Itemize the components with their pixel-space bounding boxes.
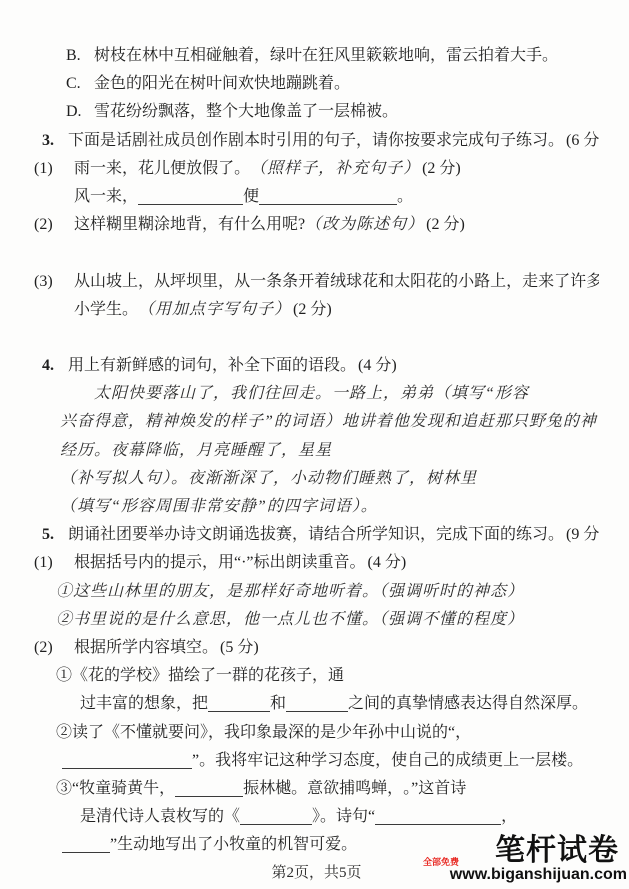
question-5-number: 5.	[42, 521, 68, 549]
q3-sub1-line2-mid: 便	[243, 183, 259, 211]
q3-sub3-emphasized-char: 从	[234, 268, 250, 296]
question-4-number: 4.	[42, 352, 68, 380]
q5-sub1-stem: (1) 根据括号内的提示，用“·”标出朗读重音。 (4 分)	[34, 549, 599, 577]
q5-item3-text: 。”这首诗	[403, 775, 466, 803]
q3-sub3-hint: （用加点字写句子）	[138, 296, 291, 324]
question-5-stem: 5. 朗诵社团要举办诗文朗诵选拔赛，请结合所学知识，完成下面的练习。 (9 分)	[34, 521, 599, 549]
q3-sub3-score: (2 分)	[293, 296, 332, 324]
q3-sub2-sentence: (2) 这样糊里糊涂地背，有什么用呢? （改为陈述句） (2 分)	[34, 211, 599, 239]
option-row-b: B. 树枝在林中互相碰触着，绿叶在狂风里簌簌地响，雷云拍着大手。	[34, 42, 599, 70]
q3-sub2-score: (2 分)	[426, 211, 465, 239]
q4-passage-line1: 太阳快要落山了，我们往回走。一路上，弟弟 （填写“形容	[34, 380, 599, 408]
q4-passage-line4: （补写拟人句）。夜渐渐深了，小动物们睡熟了，树林里	[34, 465, 599, 493]
q4-passage-line5: （填写“形容周围非常安静”的四字词语）。	[34, 493, 599, 521]
q3-sub1-seg2: 来，花儿	[106, 155, 170, 183]
q5-sub1-item1-text: ①这些山林里的朋友，是那样好奇地听着。（强调听时的神态）	[56, 578, 524, 606]
q3-sub1-score: (2 分)	[422, 155, 461, 183]
q5-item1-text: 和	[270, 690, 286, 718]
q3-sub1-seg1: 雨	[74, 155, 90, 183]
watermark-url: www.biganshijuan.com	[417, 866, 627, 884]
q3-sub2-label: (2)	[34, 211, 74, 239]
q3-sub3-emphasized-char: 从	[74, 268, 90, 296]
option-b-label: B.	[66, 42, 94, 70]
q5-sub1-item1: ①这些山林里的朋友，是那样好奇地听着。（强调听时的神态）	[34, 578, 599, 606]
q5-item3-text: 是清代诗人袁枚写的《	[80, 803, 240, 831]
q3-sub3-sentence: (3) 从 山坡上， 从 坪坝里， 从 一条条开着绒球花和太阳花的小路上，走来了…	[34, 268, 599, 296]
question-4-stem: 4. 用上有新鲜感的词句，补全下面的语段。 (4 分)	[34, 352, 599, 380]
q3-sub3-answer-line	[34, 324, 599, 352]
q5-item1-text: 之间的真挚情感表达得自然深厚。	[348, 690, 588, 718]
option-row-c: C. 金色的阳光在树叶间欢快地蹦跳着。	[34, 70, 599, 98]
q4-passage-text: 兴奋得意，精神焕发的样子”的词语）地讲着他发现和追赶那只野兔的神奇	[60, 408, 599, 436]
q3-sub1-emphasized-char: 便	[170, 155, 186, 183]
answer-blank	[62, 852, 110, 853]
q3-sub3-emphasized-char: 从	[154, 268, 170, 296]
q3-sub3-seg2: 坪坝里，	[170, 268, 234, 296]
q5-sub1-score: (4 分)	[368, 549, 407, 577]
q5-sub1-item2-text: ②书里说的是什么意思，他一点儿也不懂。（强调不懂的程度）	[56, 606, 524, 634]
question-4-score: (4 分)	[358, 352, 397, 380]
question-5-text: 朗诵社团要举办诗文朗诵选拔赛，请结合所学知识，完成下面的练习。	[68, 521, 564, 549]
q5-sub2-text: 根据所学内容填空。	[74, 634, 218, 662]
q3-sub3-line2: 小学生。	[74, 296, 138, 324]
option-d-text: 雪花纷纷飘落，整个大地像盖了一层棉被。	[94, 98, 398, 126]
q3-sub2-text: 这样糊里糊涂地背，有什么用呢?	[74, 211, 305, 239]
question-5-score: (9 分)	[566, 521, 599, 549]
q5-item3-text: ，	[501, 803, 517, 831]
q4-passage-hint: （补写拟人句）。夜渐渐深了，小动物们睡熟了，树林里	[60, 465, 477, 493]
q3-sub3-sentence-wrap: 小学生。 （用加点字写句子） (2 分)	[34, 296, 599, 324]
answer-blank	[62, 768, 192, 769]
q5-sub2-label: (2)	[34, 634, 74, 662]
watermark-free-badge: 全部免费	[423, 858, 459, 867]
exam-paper-page: B. 树枝在林中互相碰触着，绿叶在狂风里簌簌地响，雷云拍着大手。 C. 金色的阳…	[0, 0, 629, 889]
answer-blank	[208, 711, 270, 712]
q5-sub2-item1-line1: ①《花的学校》描绘了一群 的花孩子，通	[34, 662, 599, 690]
q4-passage-hint: （填写“形容周围非常安静”的四字词语）。	[60, 493, 378, 521]
q3-sub1-label: (1)	[34, 155, 74, 183]
option-row-d: D. 雪花纷纷飘落，整个大地像盖了一层棉被。	[34, 98, 599, 126]
q4-passage-text: 经历。夜幕降临，月亮睡醒了，星星	[60, 437, 332, 465]
q4-passage-text: 太阳快要落山了，我们往回走。一路上，弟弟	[94, 380, 434, 408]
q5-item2-text: ②读了《不懂就要问》，我印象最深的是少年孙中山说的“	[56, 719, 455, 747]
answer-blank	[175, 796, 243, 797]
q5-sub1-item2: ②书里说的是什么意思，他一点儿也不懂。（强调不懂的程度）	[34, 606, 599, 634]
question-3-number: 3.	[42, 127, 68, 155]
q3-sub1-sentence: (1) 雨 一 来，花儿 便 放假了。 （照样子，补充句子） (2 分)	[34, 155, 599, 183]
answer-blank	[138, 204, 243, 205]
answer-blank	[240, 824, 312, 825]
q5-sub1-text: 根据括号内的提示，用“·”标出朗读重音。	[74, 549, 366, 577]
q3-sub3-seg3: 一条条开着绒球花和太阳花的小路上，走来了许多	[250, 268, 599, 296]
q5-sub2-stem: (2) 根据所学内容填空。 (5 分)	[34, 634, 599, 662]
answer-blank	[259, 204, 397, 205]
q3-sub1-hint: （照样子，补充句子）	[250, 155, 420, 183]
q4-passage-hint: （填写“形容	[434, 380, 529, 408]
q3-sub1-line2-start: 风一来，	[74, 183, 138, 211]
q5-sub1-label: (1)	[34, 549, 74, 577]
answer-blank	[375, 824, 501, 825]
q5-item3-text: ”生动地写出了小牧童的机智可爱。	[110, 831, 357, 859]
q5-sub2-item2-line2: ”。我将牢记这种学习态度，使自己的成绩更上一层楼。	[34, 747, 599, 775]
question-3-stem: 3. 下面是话剧社成员创作剧本时引用的句子，请你按要求完成句子练习。 (6 分)	[34, 127, 599, 155]
question-3-score: (6 分)	[566, 127, 599, 155]
q5-sub2-item2-line1: ②读了《不懂就要问》，我印象最深的是少年孙中山说的“ ，	[34, 719, 599, 747]
q5-item3-text: ③“牧童骑黄牛，	[56, 775, 175, 803]
q5-sub2-item1-line2: 过丰富的想象，把 和 之间的真挚情感表达得自然深厚。	[34, 690, 599, 718]
question-4-text: 用上有新鲜感的词句，补全下面的语段。	[68, 352, 356, 380]
option-c-text: 金色的阳光在树叶间欢快地蹦跳着。	[94, 70, 350, 98]
q3-sub1-answer-sentence: 风一来， 便 。	[34, 183, 599, 211]
page-number: 第2页，共5页	[271, 859, 361, 887]
q5-item3-text: 振林樾。意欲捕鸣蝉，	[243, 775, 403, 803]
q5-sub2-item3-line2: 是清代诗人袁枚写的《 》。诗句“ ，	[34, 803, 599, 831]
q5-item1-text: 过丰富的想象，把	[80, 690, 208, 718]
q5-item2-text: ”。我将牢记这种学习态度，使自己的成绩更上一层楼。	[192, 747, 583, 775]
option-d-label: D.	[66, 98, 94, 126]
q3-sub1-emphasized-char: 一	[90, 155, 106, 183]
q5-item2-text: ，	[455, 719, 471, 747]
q4-passage-line3: 经历。夜幕降临，月亮睡醒了，星星	[34, 437, 599, 465]
q5-sub2-score: (5 分)	[220, 634, 259, 662]
q3-sub2-answer-line	[34, 239, 599, 267]
option-b-text: 树枝在林中互相碰触着，绿叶在狂风里簌簌地响，雷云拍着大手。	[94, 42, 558, 70]
q3-sub3-label: (3)	[34, 268, 74, 296]
q5-item3-text: 》。诗句“	[312, 803, 375, 831]
q3-sub2-hint: （改为陈述句）	[305, 211, 424, 239]
q3-sub1-line2-end: 。	[397, 183, 413, 211]
watermark: 笔杆试卷 www.biganshijuan.com 全部免费	[417, 836, 627, 884]
q3-sub3-seg1: 山坡上，	[90, 268, 154, 296]
q4-passage-line2: 兴奋得意，精神焕发的样子”的词语）地讲着他发现和追赶那只野兔的神奇	[34, 408, 599, 436]
q5-item1-text: ①《花的学校》描绘了一群	[56, 662, 248, 690]
q5-sub2-item3-line1: ③“牧童骑黄牛， 振林樾。意欲捕鸣蝉， 。”这首诗	[34, 775, 599, 803]
answer-blank	[286, 711, 348, 712]
option-c-label: C.	[66, 70, 94, 98]
q3-sub1-seg3: 放假了。	[186, 155, 250, 183]
question-3-text: 下面是话剧社成员创作剧本时引用的句子，请你按要求完成句子练习。	[68, 127, 564, 155]
q5-item1-text: 的花孩子，通	[248, 662, 344, 690]
